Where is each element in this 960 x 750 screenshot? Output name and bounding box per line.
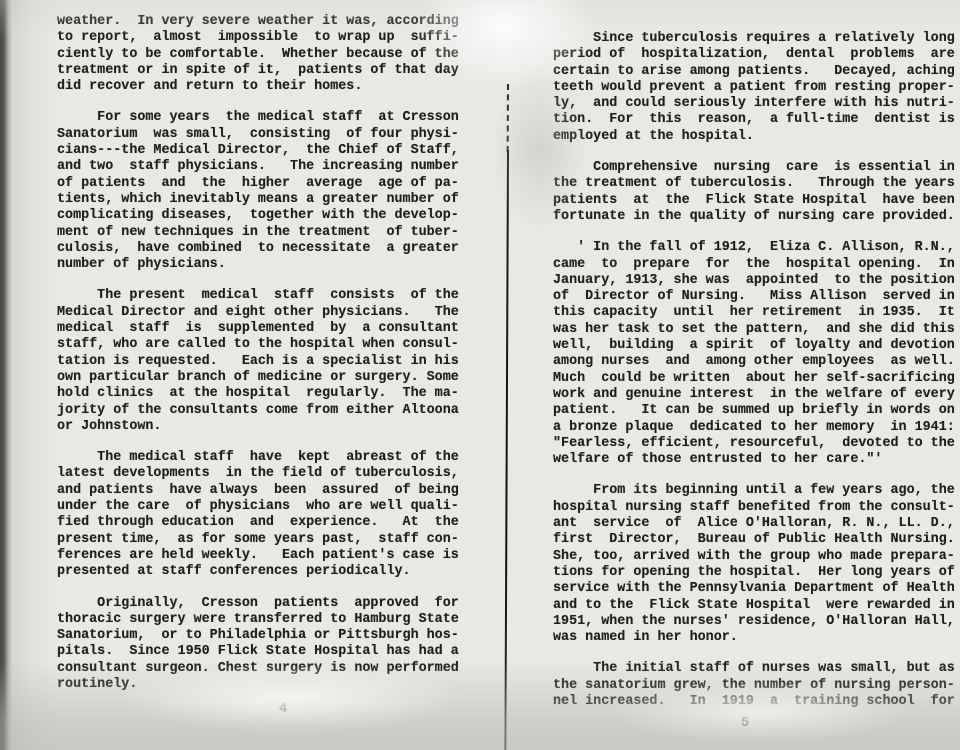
text-line: patients at the Flick State Hospital hav… [553,193,955,209]
text-line: She, too, arrived with the group who mad… [553,549,955,565]
text-line: January, 1913, she was appointed to the … [553,273,955,289]
text-line: routinely. [57,677,459,693]
paragraph: From its beginning until a few years ago… [553,483,955,646]
text-line: and patients have always been assured of… [57,483,459,499]
text-line: did recover and return to their homes. [57,79,459,95]
text-line: hold clinics at the hospital regularly. … [57,386,459,402]
text-line: work and genuine interest in the welfare… [553,387,955,403]
text-line: hospital nursing staff benefited from th… [553,500,955,516]
text-line: period of hospitalization, dental proble… [553,47,955,63]
text-line: consultant surgeon. Chest surgery is now… [57,661,459,677]
text-line: From its beginning until a few years ago… [553,483,955,499]
paragraph: The present medical staff consists of th… [57,288,459,435]
text-line: treatment or in spite of it, patients of… [57,63,459,79]
text-line: and to the Flick State Hospital were rew… [553,598,955,614]
text-line: "Fearless, efficient, resourceful, devot… [553,436,955,452]
paragraph: Since tuberculosis requires a relatively… [553,31,955,145]
text-line: complicating diseases, together with the… [57,208,459,224]
text-line: For some years the medical staff at Cres… [57,110,459,126]
text-line: weather. In very severe weather it was, … [57,14,459,30]
page-left-text: weather. In very severe weather it was, … [57,14,459,693]
text-line: service with the Pennsylvania Department… [553,581,955,597]
text-line: ciently to be comfortable. Whether becau… [57,47,459,63]
text-line: Much could be written about her self-sac… [553,371,955,387]
text-line: Sanatorium was small, consisting of four… [57,127,459,143]
paragraph: Originally, Cresson patients approved fo… [57,596,459,694]
text-line: ferences are held weekly. Each patient's… [57,548,459,564]
text-line: was her task to set the pattern, and she… [553,322,955,338]
text-line: Sanatorium, or to Philadelphia or Pittsb… [57,628,459,644]
text-line: own particular branch of medicine or sur… [57,370,459,386]
paragraph: Comprehensive nursing care is essential … [553,160,955,225]
text-line: nel increased. In 1919 a training school… [553,694,955,710]
text-line: Since tuberculosis requires a relatively… [553,31,955,47]
text-line: medical staff is supplemented by a consu… [57,321,459,337]
text-line: jority of the consultants come from eith… [57,403,459,419]
text-line: pitals. Since 1950 Flick State Hospital … [57,644,459,660]
text-line: fortunate in the quality of nursing care… [553,209,955,225]
text-line: was named in her honor. [553,630,955,646]
page-right: Since tuberculosis requires a relatively… [509,0,960,750]
text-line: ' In the fall of 1912, Eliza C. Allison,… [553,240,955,256]
text-line: thoracic surgery were transferred to Ham… [57,612,459,628]
text-line: came to prepare for the hospital opening… [553,257,955,273]
text-line: the sanatorium grew, the number of nursi… [553,678,955,694]
text-line: 1951, when the nurses' residence, O'Hall… [553,614,955,630]
page-right-text: Since tuberculosis requires a relatively… [553,31,955,710]
text-line: The initial staff of nurses was small, b… [553,661,955,677]
text-line: cians---the Medical Director, the Chief … [57,143,459,159]
text-line: tation is requested. Each is a specialis… [57,354,459,370]
paragraph: The initial staff of nurses was small, b… [553,661,955,710]
paragraph: The medical staff have kept abreast of t… [57,450,459,580]
text-line: the treatment of tuberculosis. Through t… [553,176,955,192]
text-line: to report, almost impossible to wrap up … [57,30,459,46]
text-line: first Director, Bureau of Public Health … [553,532,955,548]
text-line: present time, as for some years past, st… [57,532,459,548]
text-line: Originally, Cresson patients approved fo… [57,596,459,612]
text-line: culosis, have combined to necessitate a … [57,241,459,257]
text-line: among nurses and among other employees a… [553,354,955,370]
text-line: of patients and the higher average age o… [57,176,459,192]
text-line: this capacity until her retirement in 19… [553,305,955,321]
text-line: well, building a spirit of loyalty and d… [553,338,955,354]
text-line: ment of new techniques in the treatment … [57,225,459,241]
text-line: tients, which inevitably means a greater… [57,192,459,208]
text-line: certain to arise among patients. Decayed… [553,64,955,80]
paragraph: weather. In very severe weather it was, … [57,14,459,95]
text-line: ly, and could seriously interfere with h… [553,96,955,112]
book-binding-edge [0,0,12,750]
text-line: of Director of Nursing. Miss Allison ser… [553,289,955,305]
text-line: a bronze plaque dedicated to her memory … [553,420,955,436]
text-line: or Johnstown. [57,419,459,435]
text-line: staff, who are called to the hospital wh… [57,337,459,353]
text-line: employed at the hospital. [553,129,955,145]
page-number-right: 5 [741,716,749,731]
text-line: The present medical staff consists of th… [57,288,459,304]
text-line: tions for opening the hospital. Her long… [553,565,955,581]
text-line: The medical staff have kept abreast of t… [57,450,459,466]
text-line: tion. For this reason, a full-time denti… [553,112,955,128]
text-line: and two staff physicians. The increasing… [57,159,459,175]
text-line: welfare of those entrusted to her care."… [553,452,955,468]
text-line: teeth would prevent a patient from resti… [553,80,955,96]
text-line: Comprehensive nursing care is essential … [553,160,955,176]
paragraph: ' In the fall of 1912, Eliza C. Allison,… [553,240,955,468]
text-line: under the care of physicians who are wel… [57,499,459,515]
page-left: weather. In very severe weather it was, … [12,0,506,750]
text-line: Medical Director and eight other physici… [57,305,459,321]
text-line: number of physicians. [57,257,459,273]
text-line: patient. It can be summed up briefly in … [553,403,955,419]
text-line: fied through education and experience. A… [57,515,459,531]
page-number-left: 4 [279,702,287,717]
text-line: ant service of Alice O'Halloran, R. N., … [553,516,955,532]
paragraph: For some years the medical staff at Cres… [57,110,459,273]
page-gutter-line-top [507,84,509,152]
book-spread: weather. In very severe weather it was, … [0,0,960,750]
text-line: latest developments in the field of tube… [57,466,459,482]
text-line: presented at staff conferences periodica… [57,564,459,580]
